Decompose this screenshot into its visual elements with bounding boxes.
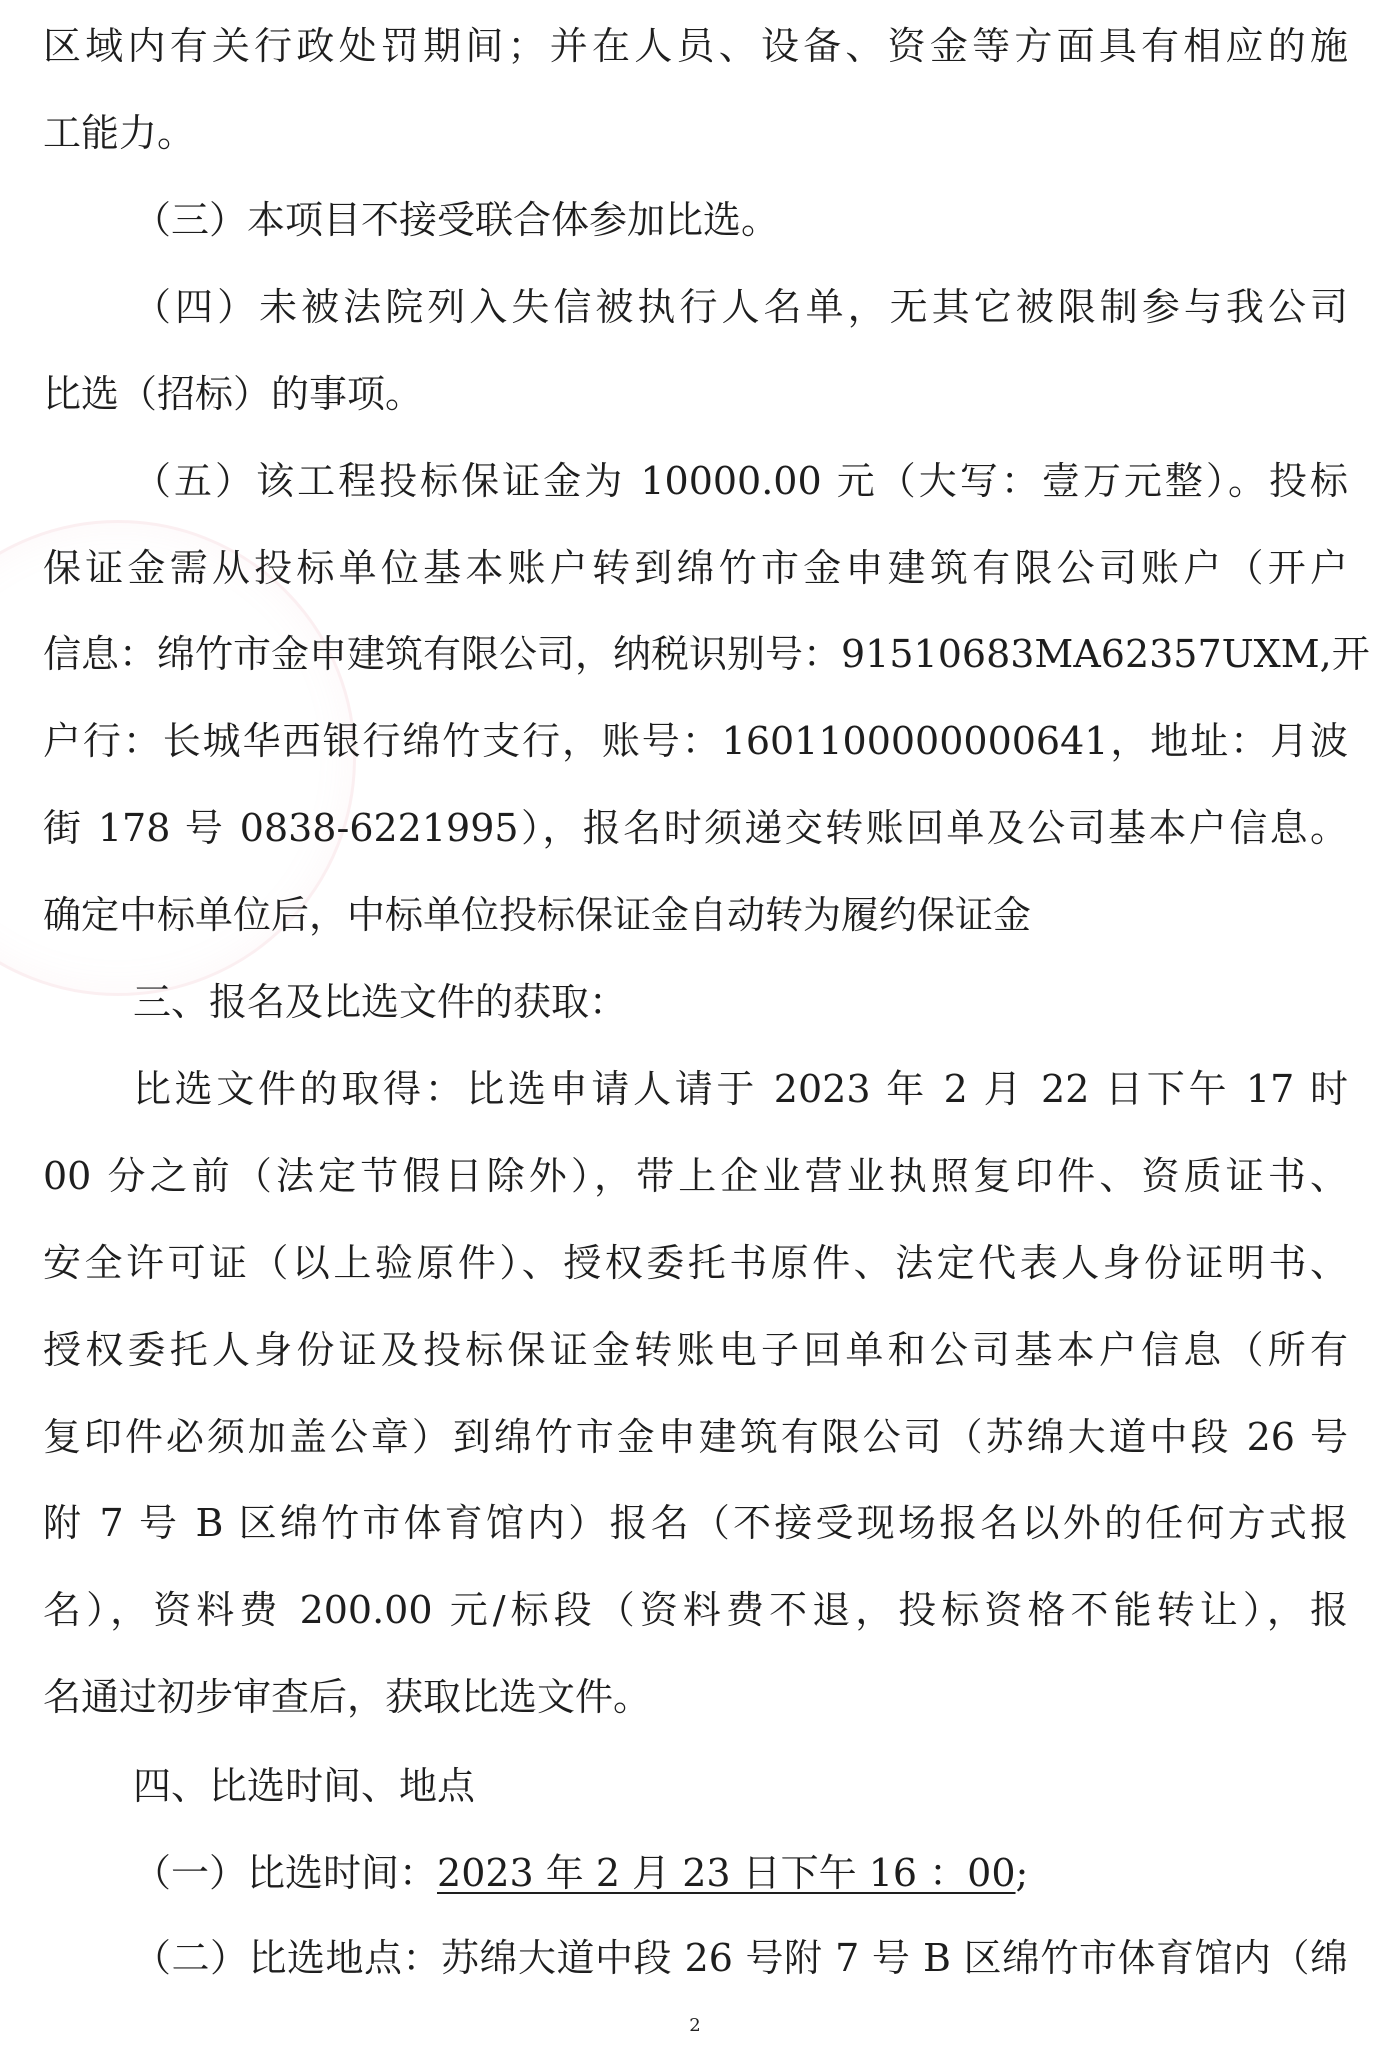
page-number: 2 <box>680 2014 710 2038</box>
bid-time-label: （一）比选时间： <box>133 1851 437 1895</box>
text-line-1: 区域内有关行政处罚期间；并在人员、设备、资金等方面具有相应的施 <box>43 22 1348 70</box>
text-line-7: 保证金需从投标单位基本账户转到绵竹市金申建筑有限公司账户（开户 <box>43 544 1348 592</box>
text-line-13: 比选文件的取得：比选申请人请于 2023 年 2 月 22 日下午 17 时 <box>133 1065 1348 1113</box>
clause-5: （五）该工程投标保证金为 10000.00 元（大写：壹万元整）。投标 <box>133 457 1348 505</box>
text-line-20: 名通过初步审查后，获取比选文件。 <box>43 1673 1348 1721</box>
bid-time-value: 2023 年 2 月 23 日下午 16 ：00 <box>437 1851 1016 1895</box>
text-line-16: 授权委托人身份证及投标保证金转账电子回单和公司基本户信息（所有 <box>43 1326 1348 1374</box>
clause-3: （三）本项目不接受联合体参加比选。 <box>133 196 1348 244</box>
text-line-17: 复印件必须加盖公章）到绵竹市金申建筑有限公司（苏绵大道中段 26 号 <box>43 1413 1348 1461</box>
bid-time-suffix: ; <box>1016 1851 1029 1895</box>
text-line-18: 附 7 号 B 区绵竹市体育馆内）报名（不接受现场报名以外的任何方式报 <box>43 1499 1348 1547</box>
bid-location-line: （二）比选地点：苏绵大道中段 26 号附 7 号 B 区绵竹市体育馆内（绵 <box>133 1934 1348 1982</box>
section-heading-3: 三、报名及比选文件的获取： <box>133 978 1348 1026</box>
clause-4: （四）未被法院列入失信被执行人名单，无其它被限制参与我公司 <box>133 283 1348 331</box>
text-line-8: 信息：绵竹市金申建筑有限公司，纳税识别号：91510683MA62357UXM,… <box>43 630 1348 678</box>
bid-time-line: （一）比选时间：2023 年 2 月 23 日下午 16 ：00; <box>133 1849 1348 1897</box>
text-line-15: 安全许可证（以上验原件）、授权委托书原件、法定代表人身份证明书、 <box>43 1239 1348 1287</box>
text-line-5: 比选（招标）的事项。 <box>43 370 1348 418</box>
text-line-10: 街 178 号 0838-6221995），报名时须递交转账回单及公司基本户信息… <box>43 804 1348 852</box>
document-page: 区域内有关行政处罚期间；并在人员、设备、资金等方面具有相应的施 工能力。 （三）… <box>0 0 1391 2066</box>
text-line-19: 名），资料费 200.00 元/标段（资料费不退，投标资格不能转让），报 <box>43 1586 1348 1634</box>
text-line-14: 00 分之前（法定节假日除外），带上企业营业执照复印件、资质证书、 <box>43 1152 1348 1200</box>
text-line-2: 工能力。 <box>43 109 1348 157</box>
section-heading-4: 四、比选时间、地点 <box>133 1762 1348 1810</box>
text-line-9: 户行：长城华西银行绵竹支行，账号：1601100000000641，地址：月波 <box>43 717 1348 765</box>
text-line-11: 确定中标单位后，中标单位投标保证金自动转为履约保证金 <box>43 891 1348 939</box>
